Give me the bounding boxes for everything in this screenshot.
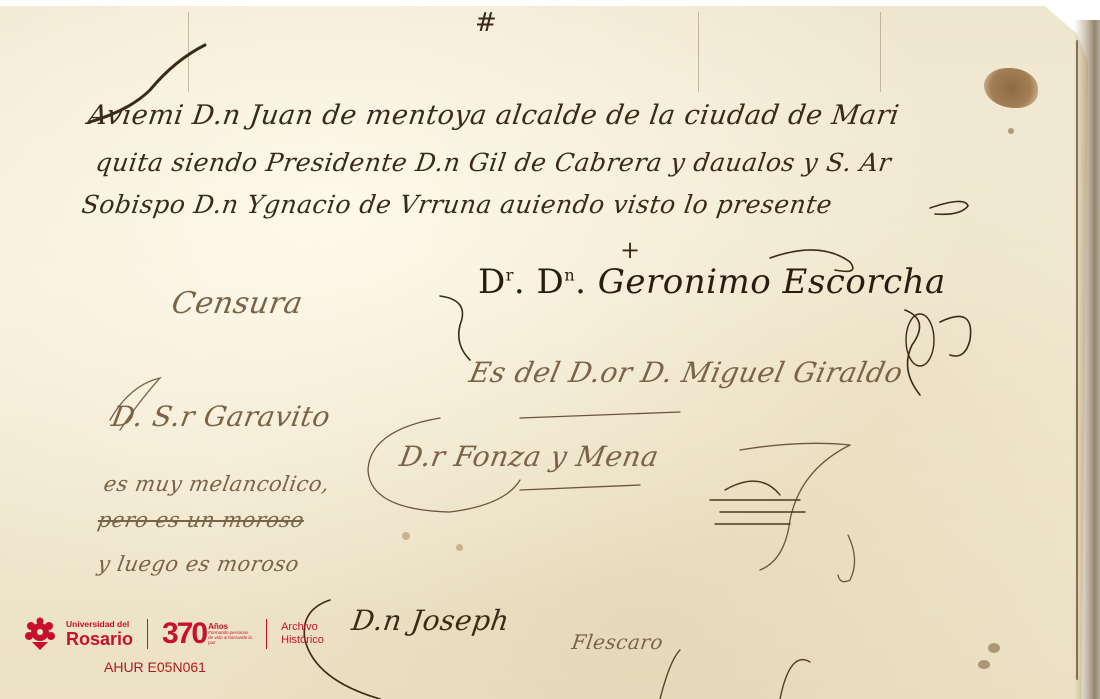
signature-escorcha: Dr. Dn. Geronimo Escorcha: [478, 262, 946, 302]
manuscript-line-1: Aviemi D.n Juan de mentoya alcalde de la…: [86, 100, 901, 131]
sig-title: D: [537, 262, 565, 302]
ink-blot: [988, 643, 1000, 653]
sig-name: Geronimo Escorcha: [598, 262, 946, 302]
ink-dot: [1008, 128, 1014, 134]
paper-fold-line: [698, 12, 699, 92]
foxing-spot: [456, 544, 463, 551]
signature-miguel: Es del D.or D. Miguel Giraldo: [466, 356, 905, 389]
folio-mark: #: [475, 8, 497, 38]
signature-joseph-surname: Flescaro: [570, 630, 664, 654]
archive-reference-code: AHUR E05N061: [104, 659, 206, 675]
paper-fold-line: [880, 12, 881, 92]
margin-note-censura: Censura: [169, 286, 306, 321]
logo-divider: [266, 619, 267, 649]
manuscript-line-2: quita siendo Presidente D.n Gil de Cabre…: [94, 148, 893, 177]
page-edge-crack: [1076, 40, 1078, 680]
archive-watermark-logo: Universidad del Rosario 370 Años Formand…: [22, 614, 324, 654]
signature-fonza: D.r Fonza y Mena: [397, 440, 661, 473]
margin-note-line-1: es muy melancolico,: [102, 472, 332, 496]
signature-joseph: D.n Joseph: [350, 604, 512, 637]
foxing-spot: [402, 532, 410, 540]
manuscript-line-3: Sobispo D.n Ygnacio de Vrruna auiendo vi…: [80, 190, 834, 219]
margin-note-struck-line: pero es un moroso: [96, 508, 306, 532]
university-crest-icon: [22, 616, 58, 652]
paper-fold-line: [188, 12, 189, 92]
cross-mark: +: [620, 236, 641, 264]
university-name: Universidad del Rosario: [66, 620, 133, 648]
ink-blot: [978, 660, 990, 669]
logo-divider: [147, 619, 148, 649]
anniversary-mark: 370 Años Formando personas de vida & hon…: [162, 619, 252, 649]
margin-note-garavito: D. S.r Garavito: [109, 400, 333, 433]
margin-note-line-3: y luego es moroso: [96, 552, 301, 576]
archive-label: Archivo Histórico: [281, 621, 324, 646]
sig-prefix: D: [478, 262, 506, 302]
